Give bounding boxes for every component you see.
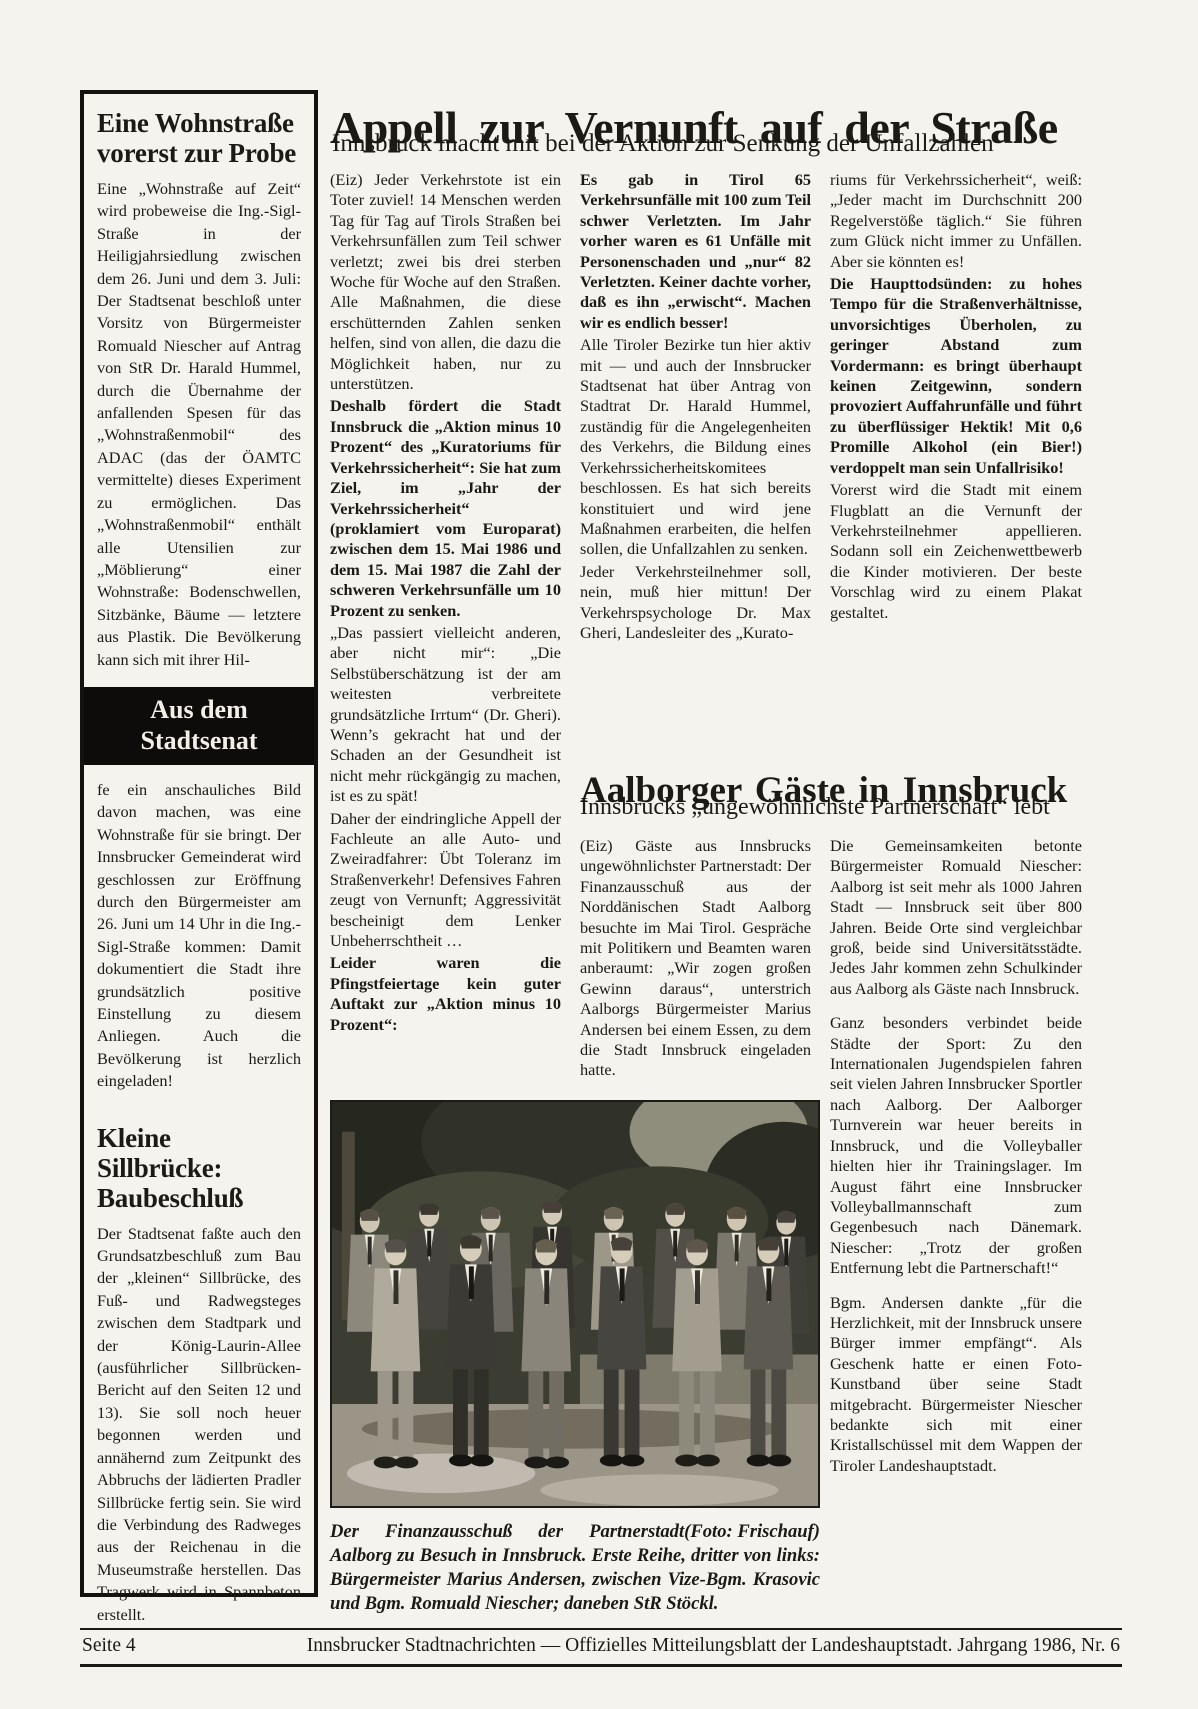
paragraph: Alle Tiroler Bezirke tun hier aktiv mit … bbox=[580, 335, 811, 559]
footer-page-number: Seite 4 bbox=[82, 1635, 136, 1657]
group-photo bbox=[330, 1100, 820, 1508]
sidebar-article1-title: Eine Wohnstraße vorerst zur Probe bbox=[97, 108, 301, 168]
sidebar-article1-continuation: fe ein anschauliches Bild davon machen, … bbox=[97, 779, 301, 1093]
aalborg-column-1: (Eiz) Gäste aus Innsbrucks ungewöhnlichs… bbox=[580, 836, 811, 1083]
sidebar-article1-body: Eine „Wohnstraße auf Zeit“ wird probewei… bbox=[97, 178, 301, 671]
paragraph: Es gab in Tirol 65 Verkehrsunfälle mit 1… bbox=[580, 170, 811, 333]
photo-caption: (Foto: Frischauf) Der Finanzausschuß der… bbox=[330, 1520, 820, 1616]
paragraph: Die Gemeinsamkeiten betonte Bürgermeiste… bbox=[830, 836, 1082, 999]
paragraph: Deshalb fördert die Stadt Innsbruck die … bbox=[330, 396, 561, 620]
main-subhead: Innsbruck macht mit bei der Aktion zur S… bbox=[332, 130, 1092, 158]
paragraph: riums für Verkehrssicherheit“, weiß: „Je… bbox=[830, 170, 1082, 272]
article-column-3: riums für Verkehrssicherheit“, weiß: „Je… bbox=[830, 170, 1082, 625]
sidebar-article2-title: Kleine Sillbrücke: Baubeschluß bbox=[97, 1123, 301, 1213]
footer-masthead: Innsbrucker Stadtnachrichten — Offiziell… bbox=[307, 1635, 1120, 1657]
paragraph: „Das passiert vielleicht anderen, aber n… bbox=[330, 623, 561, 807]
paragraph: Vorerst wird die Stadt mit einem Flugbla… bbox=[830, 480, 1082, 623]
paragraph: Bgm. Andersen dankte „für die Herzlichke… bbox=[830, 1293, 1082, 1477]
paragraph: Leider waren die Pfingstfeiertage kein g… bbox=[330, 953, 561, 1035]
paragraph: Daher der eindringliche Appell der Fachl… bbox=[330, 809, 561, 952]
photo-credit: (Foto: Frischauf) bbox=[684, 1520, 820, 1544]
stadtsenat-banner-label: Aus dem Stadtsenat bbox=[140, 695, 257, 755]
group-photo-illustration bbox=[332, 1102, 818, 1506]
aalborg-column-2: Die Gemeinsamkeiten betonte Bürgermeiste… bbox=[830, 836, 1082, 1490]
aalborg-subhead: Innsbrucks „ungewöhnlichste Partnerschaf… bbox=[580, 794, 1084, 821]
sidebar-article2-body: Der Stadtsenat faßte auch den Grundsatzb… bbox=[97, 1223, 301, 1626]
paragraph: Die Haupttodsünden: zu hohes Tempo für d… bbox=[830, 274, 1082, 478]
paragraph: (Eiz) Gäste aus Innsbrucks ungewöhnlichs… bbox=[580, 836, 811, 1081]
paragraph: (Eiz) Jeder Verkehrstote ist ein Toter z… bbox=[330, 170, 561, 394]
stadtsenat-banner: Aus dem Stadtsenat bbox=[84, 687, 314, 765]
article-column-1: (Eiz) Jeder Verkehrstote ist ein Toter z… bbox=[330, 170, 561, 1037]
paragraph: Jeder Verkehrsteilnehmer soll, nein, muß… bbox=[580, 562, 811, 644]
newspaper-page: Eine Wohnstraße vorerst zur Probe Eine „… bbox=[0, 0, 1198, 1709]
sidebar-box: Eine Wohnstraße vorerst zur Probe Eine „… bbox=[80, 90, 318, 1597]
paragraph: Ganz besonders verbindet beide Städte de… bbox=[830, 1013, 1082, 1278]
footer: Seite 4 Innsbrucker Stadtnachrichten — O… bbox=[80, 1628, 1122, 1667]
article-column-2: Es gab in Tirol 65 Verkehrsunfälle mit 1… bbox=[580, 170, 811, 645]
